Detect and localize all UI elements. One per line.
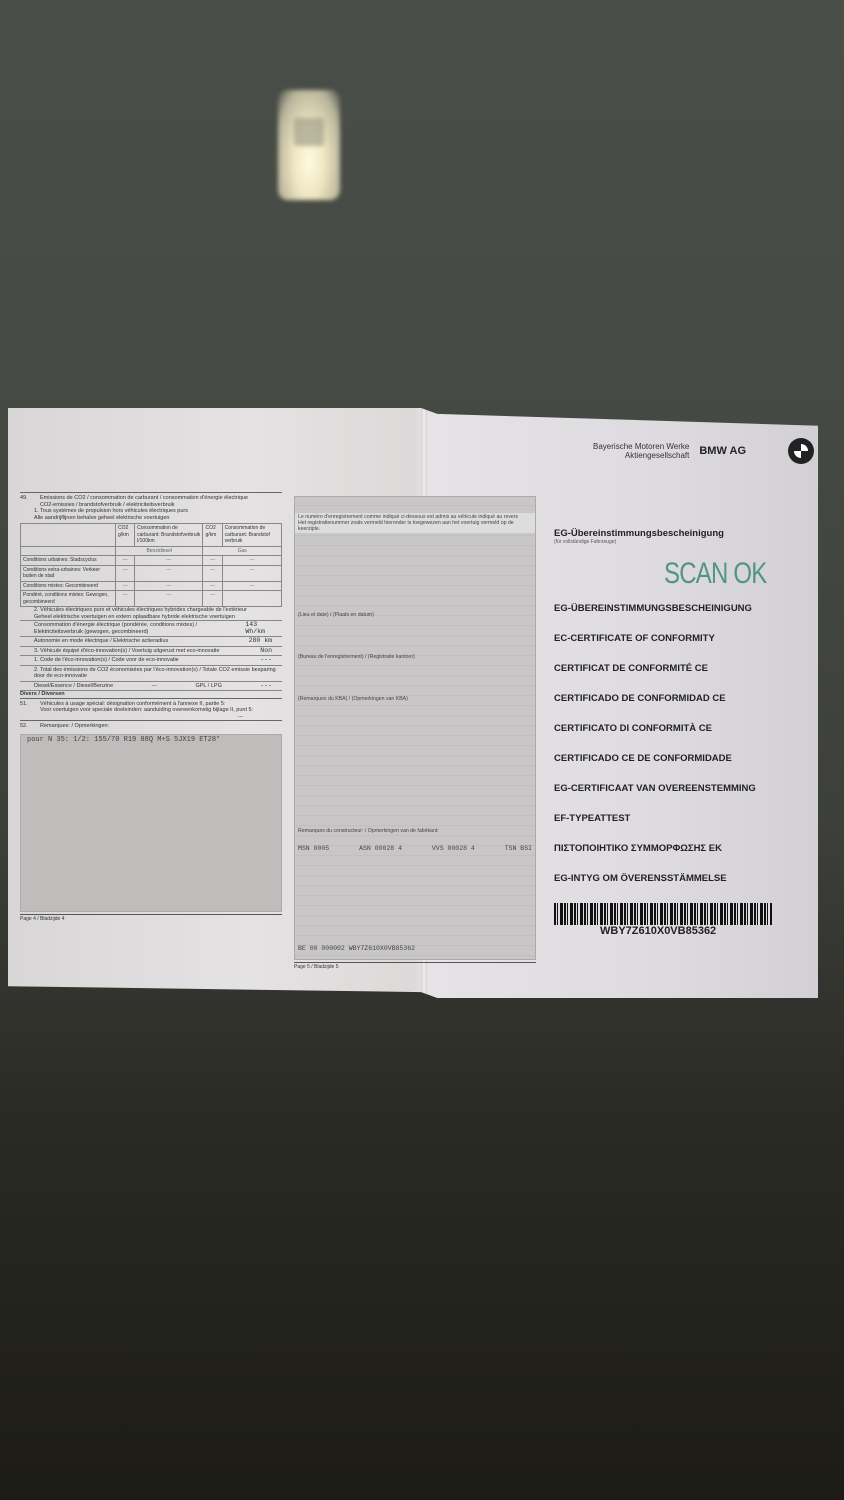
sub1-nl: Alle aandrijflijnen behalve geheel elekt… [34,515,282,522]
kba-remarks-label: (Remarques du KBA) / (Opmerkingen van KB… [295,695,535,703]
eco-total-label: 2. Total des émissions de CO2 économisée… [34,667,282,680]
section-51-nl: Voor voertuigen voor speciale doeleinden… [40,707,253,714]
company-type: Aktiengesellschaft [593,451,689,460]
cert-title: CERTIFICATO DI CONFORMITÀ CE [554,723,814,753]
company-full-name: Bayerische Motoren Werke [593,442,689,451]
eco-code-value: --- [260,657,282,664]
eco-code-label: 1. Code de l'éco-innovation(s) / Code vo… [34,657,179,664]
certificate-titles: EG-ÜBEREINSTIMMUNGSBESCHEINIGUNG EC-CERT… [554,603,814,903]
cert-title: EG-ÜBEREINSTIMMUNGSBESCHEINIGUNG [554,603,814,633]
page-5: Le numéro d'enregistrement comme indiqué… [294,496,536,970]
energy-consumption-label: Consommation d'énergie électrique (pondé… [34,622,245,635]
cert-title: CERTIFICADO DE CONFORMIDAD CE [554,693,814,723]
section-51-value: --- [40,714,253,721]
col-header: Consommation de carburant: Brandstofverb… [135,524,203,547]
range-value: 280 km [249,638,282,645]
fuel-group: Benzidiesel [116,546,203,556]
gpl-value: --- [260,683,282,690]
cover-title: EG-Übereinstimmungsbescheinigung [554,528,814,539]
section-52-number: 52. [20,723,32,730]
table-row: Conditions mixtes: Gecombineerd ------ -… [21,581,282,591]
page-4-footer: Page 4 / Bladzijde 4 [20,914,282,922]
section-52-label: Remarques: / Opmerkingen: [40,723,109,730]
brand-name: BMW AG [699,445,746,457]
range-label: Autonomie en mode électrique / Elektrisc… [34,638,168,645]
bottom-code: BE 00 000002 WBY7Z610X0VB85362 [295,945,535,953]
bmw-roundel-icon [788,438,814,464]
maker-remarks-label: Remarques du constructeur: / Opmerkingen… [295,827,535,835]
cert-title: EF-TYPEATTEST [554,813,814,843]
cert-title: CERTIFICAT DE CONFORMITÉ CE [554,663,814,693]
col-header: CO2 g/km [203,524,222,547]
section-51-number: 51. [20,701,32,721]
eco-label: 3. Véhicule équipé d'éco-innovation(s) /… [34,648,219,655]
page-4: 49. Emissions de CO2 / consommation de c… [20,492,282,922]
cert-title: ΠΙΣΤΟΠΟΙΗΤΙΚΟ ΣΥΜΜΟΡΦΩΣΗΣ ΕΚ [554,843,814,873]
scan-ok-stamp: SCAN OK [664,557,784,591]
maker-codes: MSN 0005ASN 00028 4 VVS 00028 4TSN BSI [295,845,535,853]
page-5-footer: Page 5 / Bladzijde 5 [294,962,536,970]
section-49-title-fr: Emissions de CO2 / consommation de carbu… [40,495,248,502]
sub2-nl: Geheel elektrische voertuigen en extern … [34,614,282,621]
section-49-number: 49. [20,495,32,508]
certificate-document: 49. Emissions de CO2 / consommation de c… [8,408,818,998]
remarks-value: pour N 35: 1/2: 155/70 R19 88Q M+S 5JX19… [27,736,220,744]
cert-title: EG-CERTIFICAAT VAN OVEREENSTEMMING [554,783,814,813]
energy-consumption-value: 143 Wh/km [245,622,282,635]
gpl-label: GPL / LPG [195,683,221,690]
sub2-fr: 2. Véhicules électriques purs et véhicul… [34,607,282,614]
registration-note: Le numéro d'enregistrement comme indiqué… [295,513,535,533]
fuel-group: Gas [203,546,282,556]
vin-number: WBY7Z610X0VB85362 [600,925,814,937]
cert-title: CERTIFICADO CE DE CONFORMIDADE [554,753,814,783]
cover-subtitle: (für vollständige Fahrzeuge) [554,539,814,545]
col-header: Consommation de carburant: Brandstof ver… [222,524,281,547]
lamp-reflection [278,90,340,200]
table-row: Conditions urbaines: Stadscyclus ------ … [21,556,282,566]
remarks-box: pour N 35: 1/2: 155/70 R19 88Q M+S 5JX19… [20,734,282,912]
cert-title: EG-INTYG OM ÖVERENSSTÄMMELSE [554,873,814,903]
diesel-value: --- [152,683,158,690]
vin-barcode [554,903,772,925]
diesel-label: Diesel/Essence / Diesel/Benzine [34,683,113,690]
place-date-label: (Lieu et date) / (Plaats en datum) [295,611,535,619]
eco-value: Non [260,648,282,655]
cover-page: Bayerische Motoren Werke Aktiengesellsch… [554,438,814,937]
emissions-table: CO2 g/km Consommation de carburant: Bran… [20,523,282,607]
cert-title: EC-CERTIFICATE OF CONFORMITY [554,633,814,663]
col-header: CO2 g/km [116,524,135,547]
table-row: Pondéré, conditions mixtes: Gewogen, gec… [21,591,282,607]
table-row: Conditions extra-urbaines: Verkeer buite… [21,565,282,581]
registry-office-label: (Bureau de l'enregistrement) / (Registra… [295,653,535,661]
